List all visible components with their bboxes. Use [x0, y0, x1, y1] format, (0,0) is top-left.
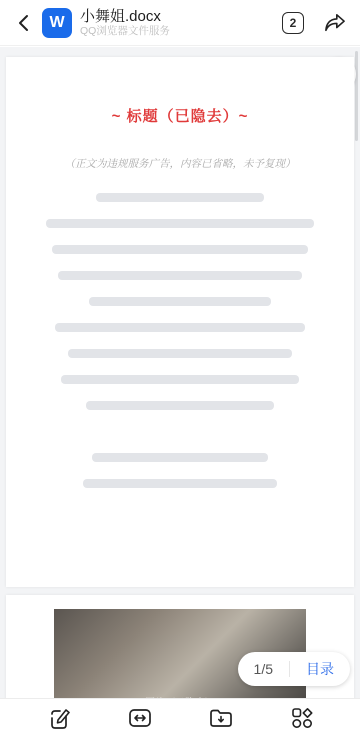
save-to-folder-button[interactable] — [208, 706, 234, 730]
share-arrow-icon — [324, 13, 346, 33]
fit-width-icon — [128, 706, 152, 730]
chevron-left-icon — [15, 14, 33, 32]
more-apps-button[interactable] — [289, 706, 315, 730]
pill-divider — [289, 661, 290, 677]
redacted-text-line — [68, 349, 293, 358]
apps-grid-icon — [290, 706, 314, 730]
doc-page-1: ~ 标题（已隐去）~ （正文为违规服务广告，内容已省略，未予复现） — [6, 57, 354, 587]
edit-icon — [48, 706, 70, 730]
doc-title: 小舞姐.docx — [80, 8, 282, 25]
redacted-text-line — [92, 453, 268, 462]
redacted-text-line — [89, 297, 271, 306]
redacted-text-line — [86, 401, 274, 410]
redacted-text-line — [52, 245, 307, 254]
redacted-text-line — [83, 479, 278, 488]
redacted-text-line — [96, 193, 263, 202]
redacted-text-line — [55, 323, 304, 332]
redacted-text-line — [58, 271, 301, 280]
pager-pill: 1/5 目录 — [238, 652, 350, 686]
toc-button[interactable]: 目录 — [306, 659, 334, 679]
share-button[interactable] — [322, 11, 348, 35]
redacted-text-line — [61, 375, 298, 384]
header-bar: W 小舞姐.docx QQ浏览器文件服务 2 — [0, 0, 360, 46]
redacted-text-line — [46, 219, 314, 228]
edit-button[interactable] — [46, 706, 72, 730]
tab-count-button[interactable]: 2 — [282, 12, 304, 34]
redaction-note: （正文为违规服务广告，内容已省略，未予复现） — [28, 156, 332, 171]
fit-width-button[interactable] — [127, 706, 153, 730]
back-button[interactable] — [12, 11, 36, 35]
download-folder-icon — [209, 706, 233, 730]
bottom-toolbar — [0, 698, 360, 730]
page-indicator: 1/5 — [254, 661, 273, 677]
title-block: 小舞姐.docx QQ浏览器文件服务 — [80, 8, 282, 37]
scrollbar-thumb[interactable] — [355, 51, 358, 141]
doc-heading-redacted: ~ 标题（已隐去）~ — [28, 105, 332, 126]
word-doc-icon: W — [42, 8, 72, 38]
doc-source-label: QQ浏览器文件服务 — [80, 25, 282, 37]
document-viewport[interactable]: ~ 标题（已隐去）~ （正文为违规服务广告，内容已省略，未予复现） 图片（已隐去… — [0, 47, 360, 698]
